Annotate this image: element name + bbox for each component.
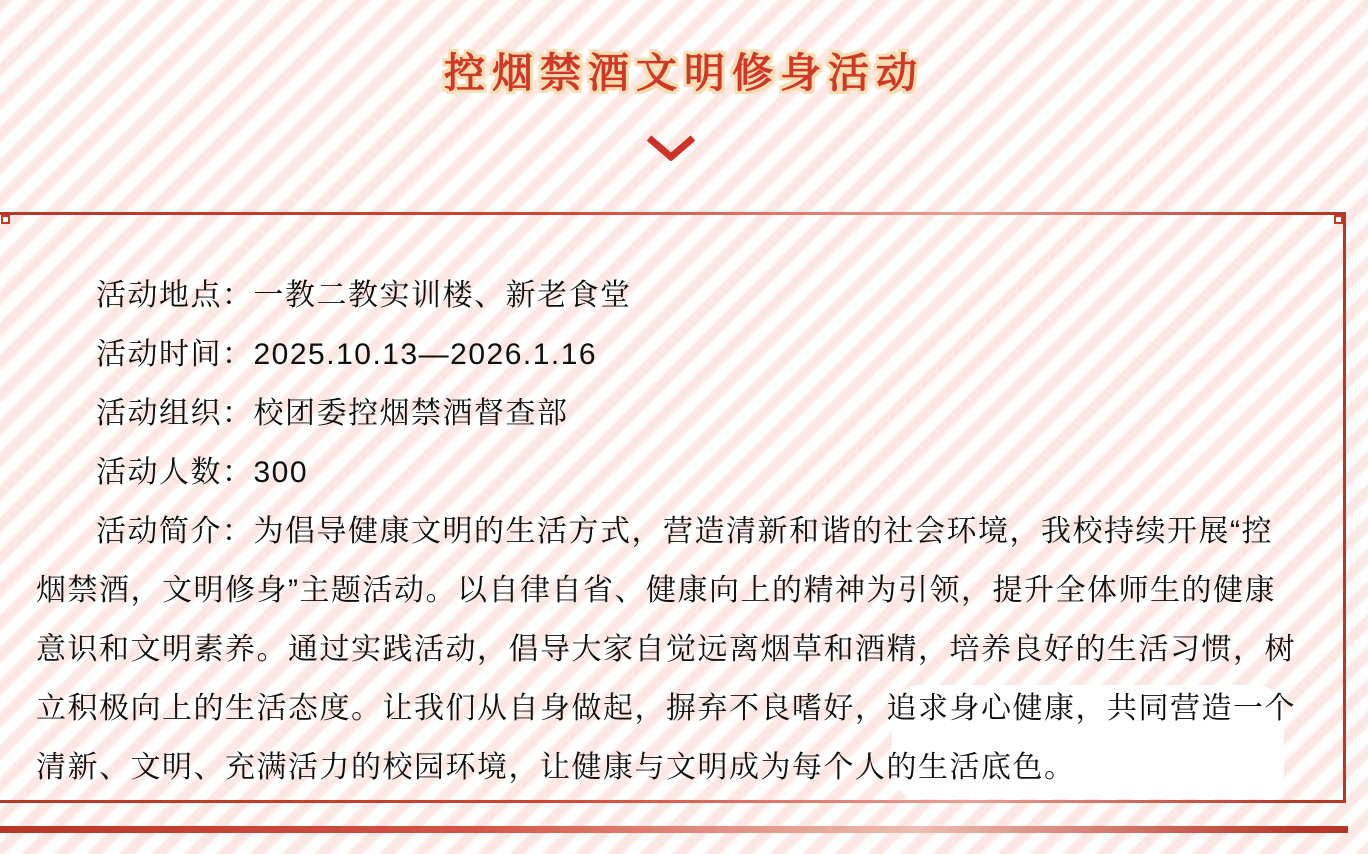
detail-value: 2025.10.13—2026.1.16 xyxy=(254,338,598,371)
intro-text: 为倡导健康文明的生活方式，营造清新和谐的社会环境，我校持续开展“控烟禁酒，文明修… xyxy=(36,515,1296,784)
bottom-accent-bar xyxy=(0,826,1348,833)
activity-details-panel: 活动地点：一教二教实训楼、新老食堂 活动时间：2025.10.13—2026.1… xyxy=(0,212,1346,803)
detail-label: 活动组织： xyxy=(96,397,254,430)
detail-line-participants: 活动人数：300 xyxy=(36,443,1299,502)
detail-label: 活动时间： xyxy=(96,338,254,371)
detail-line-time: 活动时间：2025.10.13—2026.1.16 xyxy=(36,325,1299,384)
detail-line-intro: 活动简介：为倡导健康文明的生活方式，营造清新和谐的社会环境，我校持续开展“控烟禁… xyxy=(36,502,1299,797)
activity-details-text: 活动地点：一教二教实训楼、新老食堂 活动时间：2025.10.13—2026.1… xyxy=(0,215,1343,800)
detail-line-location: 活动地点：一教二教实训楼、新老食堂 xyxy=(36,266,1299,325)
detail-label: 活动人数： xyxy=(96,456,254,489)
detail-label: 活动简介： xyxy=(96,515,254,548)
detail-value: 一教二教实训楼、新老食堂 xyxy=(254,279,632,312)
activity-poster-page: 控烟禁酒文明修身活动 活动地点：一教二教实训楼、新老食堂 活动时间：2025.1… xyxy=(0,0,1368,854)
page-title: 控烟禁酒文明修身活动 xyxy=(0,40,1368,99)
chevron-down-icon[interactable] xyxy=(646,135,696,161)
detail-value: 校团委控烟禁酒督查部 xyxy=(254,397,569,430)
detail-line-organizer: 活动组织：校团委控烟禁酒督查部 xyxy=(36,384,1299,443)
detail-label: 活动地点： xyxy=(96,279,254,312)
detail-value: 300 xyxy=(254,456,309,489)
